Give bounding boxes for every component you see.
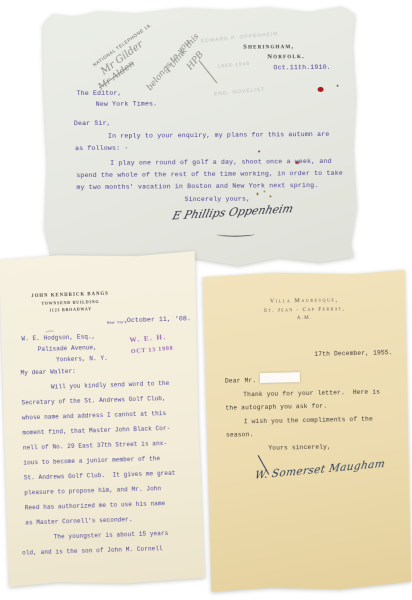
red-ink-blot-large [318,87,324,92]
bangs-body-10: as Master Cornell's seconder. [25,516,132,526]
letter-maugham: Villa Mauresque, St. Jean - Cap Ferrat, … [203,270,412,592]
closing-yours-sincerely: Yours sincerely, [268,444,331,452]
body-line-2: as follows: - [75,145,128,152]
red-ink-speck-2 [258,150,260,152]
bangs-body-6: ious to become a junior member of the [23,455,160,466]
bangs-body-11: The youngster is about 15 years [54,530,169,541]
paper-speck-3 [270,195,272,197]
salutation-dear-mr: Dear Mr. [225,377,256,385]
maugham-body-3: I wish you the compliments of the [244,416,373,426]
bangs-body-4: moment find, that Master John Black Cor- [22,425,170,437]
maugham-body-2: the autograph you ask for. [225,403,327,412]
faint-line-3: ENG. NOVELIST [206,84,284,100]
recipient-name: W. E. Hodgson, Esq., [21,333,95,342]
received-stamp-date: OCT 13 1908 [131,346,174,356]
bangs-body-3: whose name and address I cannot at this [22,410,166,422]
red-ink-speck-1 [337,85,339,87]
bangs-body-1: Will you kindly send word to the [51,380,170,391]
salutation-dear-sir: Dear Sir, [74,120,111,127]
bangs-body-8: pleasure to propose him, and Mr. John [24,485,161,496]
received-stamp-initials: W. E. H. [129,333,167,344]
letterhead-address: 1123 BROADWAY [20,305,120,313]
recipient-editor: The Editor, [77,90,122,97]
letter-bangs: JOHN KENDRICK BANGS TOWNSEND BUILDING 11… [0,251,205,587]
maugham-body-4: season. [226,431,254,439]
bangs-body-7: St. Andrews Golf Club. It gives me great [24,470,176,482]
photo-of-three-letters: EDWARD P. OPPENHEIM 1866-1946 ENG. NOVEL… [0,0,412,600]
salutation-walter: My dear Walter: [20,368,76,377]
recipient-nytimes: New York Times. [96,100,158,108]
dateline-date: October 11, '08. [127,315,191,324]
letter-maugham-paper: Villa Mauresque, St. Jean - Cap Ferrat, … [203,270,412,592]
bangs-body-5: nell of No. 29 East 37th Street is anx- [23,440,167,452]
redaction-label [260,372,300,383]
oppenheim-signature: E Phillips Oppenheim [171,202,295,223]
letter-bangs-paper: JOHN KENDRICK BANGS TOWNSEND BUILDING 11… [0,251,205,587]
body-line-1: In reply to your enquiry, my plans for t… [108,131,329,140]
letter-oppenheim: EDWARD P. OPPENHEIM 1866-1946 ENG. NOVEL… [43,7,357,268]
place-sheringham: Sheringham, [243,43,294,50]
signature-flourish [217,232,255,237]
bangs-letterhead: JOHN KENDRICK BANGS TOWNSEND BUILDING 11… [20,291,121,313]
recipient-street: Palisade Avenue, [38,344,97,353]
recipient-city: Yonkers, N. Y. [56,355,108,364]
bangs-body-12: old, and is the son of John M. Cornell [22,545,163,556]
bangs-body-2: Secretary of the St. Andrews Golf Club, [21,395,165,407]
closing-sincerely: Sincerely yours, [185,196,251,204]
body-line-4: spend the whole of the rest of the time … [76,170,343,179]
paper-speck-2 [263,190,265,192]
maugham-body-1: Thank you for your letter. Here is [243,388,380,398]
bangs-body-9: Reed has authorized me to use his name [25,500,166,511]
letter-oppenheim-paper: EDWARD P. OPPENHEIM 1866-1946 ENG. NOVEL… [43,7,357,268]
dateline-place: New York [107,321,127,326]
letterhead-am: A.M. [204,314,406,323]
paper-speck-1 [256,192,258,195]
place-norfolk: Norfolk. [267,53,305,60]
body-line-5: my two months' vacation in Boston and Ne… [76,182,318,191]
body-line-3: I play one round of golf a day, shoot on… [110,158,331,167]
maugham-letterhead: Villa Mauresque, St. Jean - Cap Ferrat, … [203,296,405,323]
letter-date: Oct.11th.1910. [273,64,330,72]
maugham-signature: W. Somerset Maugham [254,458,386,482]
maugham-date: 17th December, 1955. [314,349,392,358]
